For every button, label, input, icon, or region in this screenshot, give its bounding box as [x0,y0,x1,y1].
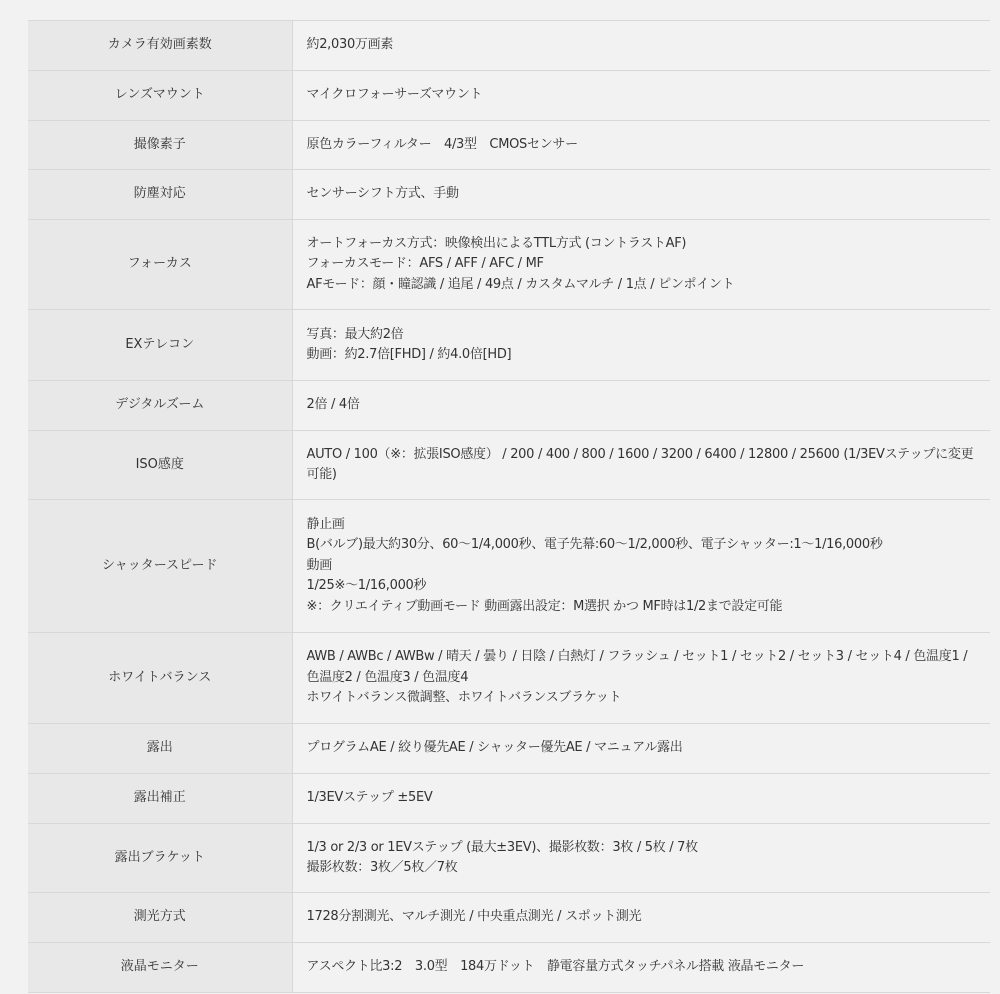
spec-row-effective-pixels: カメラ有効画素数 約2,030万画素 [28,21,990,71]
spec-label: 露出 [28,724,292,774]
spec-value-line: 動画：約2.7倍[FHD] / 約4.0倍[HD] [307,345,977,366]
spec-value-line: 1/3 or 2/3 or 1EVステップ (最大±3EV)、撮影枚数：3枚 /… [307,838,977,859]
spec-label: 露出補正 [28,774,292,824]
spec-value: 1728分割測光、マルチ測光 / 中央重点測光 / スポット測光 [292,893,990,943]
spec-value: 1/3EVステップ ±5EV [292,774,990,824]
spec-label: EXテレコン [28,310,292,381]
spec-value-line: プログラムAE / 絞り優先AE / シャッター優先AE / マニュアル露出 [307,738,977,759]
spec-row-digital-zoom: デジタルズーム 2倍 / 4倍 [28,381,990,431]
spec-value-line: フォーカスモード：AFS / AFF / AFC / MF [307,254,977,275]
spec-value: オートフォーカス方式：映像検出によるTTL方式 (コントラストAF) フォーカス… [292,220,990,310]
spec-label: 液晶モニター [28,943,292,993]
spec-row-metering: 測光方式 1728分割測光、マルチ測光 / 中央重点測光 / スポット測光 [28,893,990,943]
spec-value: 1/3 or 2/3 or 1EVステップ (最大±3EV)、撮影枚数：3枚 /… [292,824,990,893]
spec-value: プログラムAE / 絞り優先AE / シャッター優先AE / マニュアル露出 [292,724,990,774]
spec-value: 約2,030万画素 [292,21,990,71]
spec-value-line: ※：クリエイティブ動画モード 動画露出設定：M選択 かつ MF時は1/2まで設定… [307,597,977,618]
spec-row-iso: ISO感度 AUTO / 100（※：拡張ISO感度） / 200 / 400 … [28,431,990,500]
spec-value: 写真：最大約2倍 動画：約2.7倍[FHD] / 約4.0倍[HD] [292,310,990,381]
spec-label: ISO感度 [28,431,292,500]
spec-row-dust-reduction: 防塵対応 センサーシフト方式、手動 [28,170,990,220]
spec-label: 防塵対応 [28,170,292,220]
spec-value-line: ホワイトバランス微調整、ホワイトバランスブラケット [307,688,977,709]
spec-label: 測光方式 [28,893,292,943]
spec-value-line: 1/25※～1/16,000秒 [307,576,977,597]
spec-row-image-sensor: 撮像素子 原色カラーフィルター 4/3型 CMOSセンサー [28,121,990,170]
spec-value: アスペクト比3:2 3.0型 184万ドット 静電容量方式タッチパネル搭載 液晶… [292,943,990,993]
spec-value-line: B(バルブ)最大約30分、60～1/4,000秒、電子先幕:60～1/2,000… [307,535,977,556]
spec-value-line: マイクロフォーサーズマウント [307,85,977,106]
spec-value: 2倍 / 4倍 [292,381,990,431]
spec-value-line: 原色カラーフィルター 4/3型 CMOSセンサー [307,135,977,156]
spec-label: カメラ有効画素数 [28,21,292,71]
spec-value-line: 動画 [307,556,977,577]
spec-row-ex-tele-converter: EXテレコン 写真：最大約2倍 動画：約2.7倍[FHD] / 約4.0倍[HD… [28,310,990,381]
spec-row-white-balance: ホワイトバランス AWB / AWBc / AWBw / 晴天 / 曇り / 日… [28,633,990,724]
spec-value: 原色カラーフィルター 4/3型 CMOSセンサー [292,121,990,170]
spec-label: デジタルズーム [28,381,292,431]
spec-value-line: オートフォーカス方式：映像検出によるTTL方式 (コントラストAF) [307,234,977,255]
spec-value: センサーシフト方式、手動 [292,170,990,220]
spec-value: マイクロフォーサーズマウント [292,71,990,121]
spec-value-line: 約2,030万画素 [307,35,977,56]
spec-row-exposure: 露出 プログラムAE / 絞り優先AE / シャッター優先AE / マニュアル露… [28,724,990,774]
spec-value-line: 2倍 / 4倍 [307,395,977,416]
spec-value-line: 1/3EVステップ ±5EV [307,788,977,809]
spec-value: AUTO / 100（※：拡張ISO感度） / 200 / 400 / 800 … [292,431,990,500]
spec-label: シャッタースピード [28,500,292,633]
spec-row-lcd-monitor: 液晶モニター アスペクト比3:2 3.0型 184万ドット 静電容量方式タッチパ… [28,943,990,993]
spec-row-exposure-compensation: 露出補正 1/3EVステップ ±5EV [28,774,990,824]
spec-value: 静止画 B(バルブ)最大約30分、60～1/4,000秒、電子先幕:60～1/2… [292,500,990,633]
spec-value-line: センサーシフト方式、手動 [307,184,977,205]
spec-label: 撮像素子 [28,121,292,170]
spec-table: カメラ有効画素数 約2,030万画素 レンズマウント マイクロフォーサーズマウン… [28,20,990,993]
spec-row-exposure-bracket: 露出ブラケット 1/3 or 2/3 or 1EVステップ (最大±3EV)、撮… [28,824,990,893]
spec-label: レンズマウント [28,71,292,121]
spec-value-line: AWB / AWBc / AWBw / 晴天 / 曇り / 日陰 / 白熱灯 /… [307,647,977,688]
spec-label: フォーカス [28,220,292,310]
spec-table-body: カメラ有効画素数 約2,030万画素 レンズマウント マイクロフォーサーズマウン… [28,21,990,993]
spec-value-line: AFモード：顔・瞳認識 / 追尾 / 49点 / カスタムマルチ / 1点 / … [307,275,977,296]
spec-row-lens-mount: レンズマウント マイクロフォーサーズマウント [28,71,990,121]
spec-value-line: 撮影枚数：3枚／5枚／7枚 [307,858,977,879]
spec-row-focus: フォーカス オートフォーカス方式：映像検出によるTTL方式 (コントラストAF)… [28,220,990,310]
spec-label: ホワイトバランス [28,633,292,724]
spec-value-line: 1728分割測光、マルチ測光 / 中央重点測光 / スポット測光 [307,907,977,928]
spec-row-shutter-speed: シャッタースピード 静止画 B(バルブ)最大約30分、60～1/4,000秒、電… [28,500,990,633]
spec-value-line: 静止画 [307,515,977,536]
spec-value-line: AUTO / 100（※：拡張ISO感度） / 200 / 400 / 800 … [307,445,977,486]
spec-value-line: 写真：最大約2倍 [307,325,977,346]
spec-label: 露出ブラケット [28,824,292,893]
spec-value: AWB / AWBc / AWBw / 晴天 / 曇り / 日陰 / 白熱灯 /… [292,633,990,724]
spec-value-line: アスペクト比3:2 3.0型 184万ドット 静電容量方式タッチパネル搭載 液晶… [307,957,977,978]
